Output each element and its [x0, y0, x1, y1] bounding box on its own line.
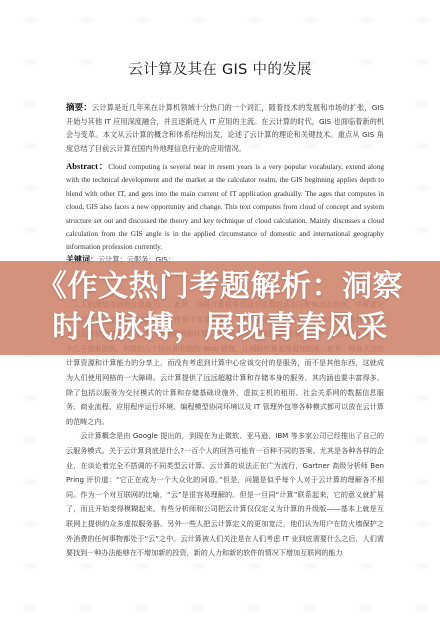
- banner-headline-line-1: 《作文热门考题解析：洞察: [0, 266, 440, 307]
- banner-headline-line-2: 时代脉搏，展现青春风采: [0, 307, 440, 348]
- abstract-en-label: Abstract：: [66, 161, 108, 171]
- banner-headline: 《作文热门考题解析：洞察 时代脉搏，展现青春风采: [0, 266, 440, 348]
- abstract-en-text: Cloud computing is several near in resen…: [66, 162, 384, 251]
- abstract-cn-text: 云计算是近几年来在计算机领域十分热门的一个词汇，随着技术的发展和市场的扩张，GI…: [66, 103, 384, 153]
- document-title: 云计算及其在 GIS 中的发展: [0, 58, 440, 79]
- abstract-english: Abstract：Cloud computing is several near…: [66, 160, 384, 254]
- body-paragraph: 云计算概念是由 Google 提出的，到现在为止微软、亚马逊、IBM 等多家公司…: [66, 429, 384, 560]
- abstract-cn-label: 摘要：: [66, 103, 92, 113]
- abstract-chinese: 摘要：云计算是近几年来在计算机领域十分热门的一个词汇，随着技术的发展和市场的扩张…: [66, 101, 384, 155]
